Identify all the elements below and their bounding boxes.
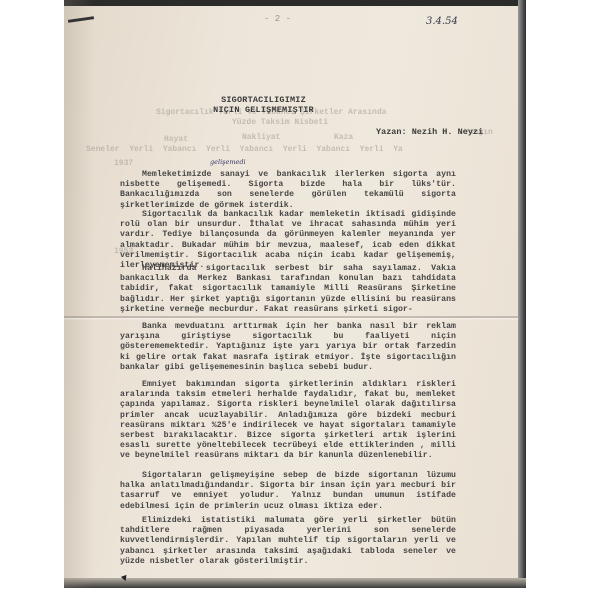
title-line-1: SIGORTACILIGIMIZ [64, 95, 518, 105]
bleed-col-hayat: Hayat [164, 135, 188, 144]
paragraph-2: Sigortacılık da bankacılık kadar memleke… [120, 210, 456, 271]
page-bottom-edge [64, 578, 526, 588]
handwritten-annotation: gelişemedi [210, 158, 246, 166]
paper-crease [64, 0, 94, 588]
bleed-col-nakliyat: Nakliyat [242, 133, 280, 142]
paragraph-3: Halihazırda sigortacılık serbest bir sah… [120, 264, 456, 315]
document-page: - 2 - 3.4.54 Sigortacılık Yerli ve Yaban… [64, 0, 526, 588]
fold-line [64, 316, 518, 318]
page-right-edge [518, 0, 526, 588]
bleed-year-first: 1937 [114, 159, 133, 168]
bleed-heading-2: Yüzde Taksim Nisbeti [232, 118, 328, 127]
author-byline: Yazan: Nezih H. Neyzi [376, 127, 483, 137]
handwritten-date: 3.4.54 [426, 16, 458, 27]
paragraph-7: Elimizdeki istatistiki malumata göre yer… [120, 516, 456, 567]
title-block: SIGORTACILIGIMIZ NIÇIN GELIŞMEMIŞTIR [64, 95, 518, 115]
paragraph-4: Banka mevduatını arttırmak için her bank… [120, 322, 456, 373]
page-top-edge [64, 0, 526, 6]
page-number: - 2 - [264, 14, 291, 24]
title-line-2: NIÇIN GELIŞMEMIŞTIR [64, 105, 518, 115]
paragraph-6: Sigortaların gelişmeyişine sebep de bizd… [120, 471, 456, 512]
paragraph-5: Emniyet bakımından sigorta şirketlerinin… [120, 380, 456, 462]
paragraph-1: Memleketimizde sanayi ve bankacılık iler… [120, 170, 456, 211]
bleed-columns: Seneler Yerli Yabancı Yerli Yabancı Yerl… [86, 145, 403, 154]
bleed-col-kaza: Kaza [334, 133, 353, 142]
